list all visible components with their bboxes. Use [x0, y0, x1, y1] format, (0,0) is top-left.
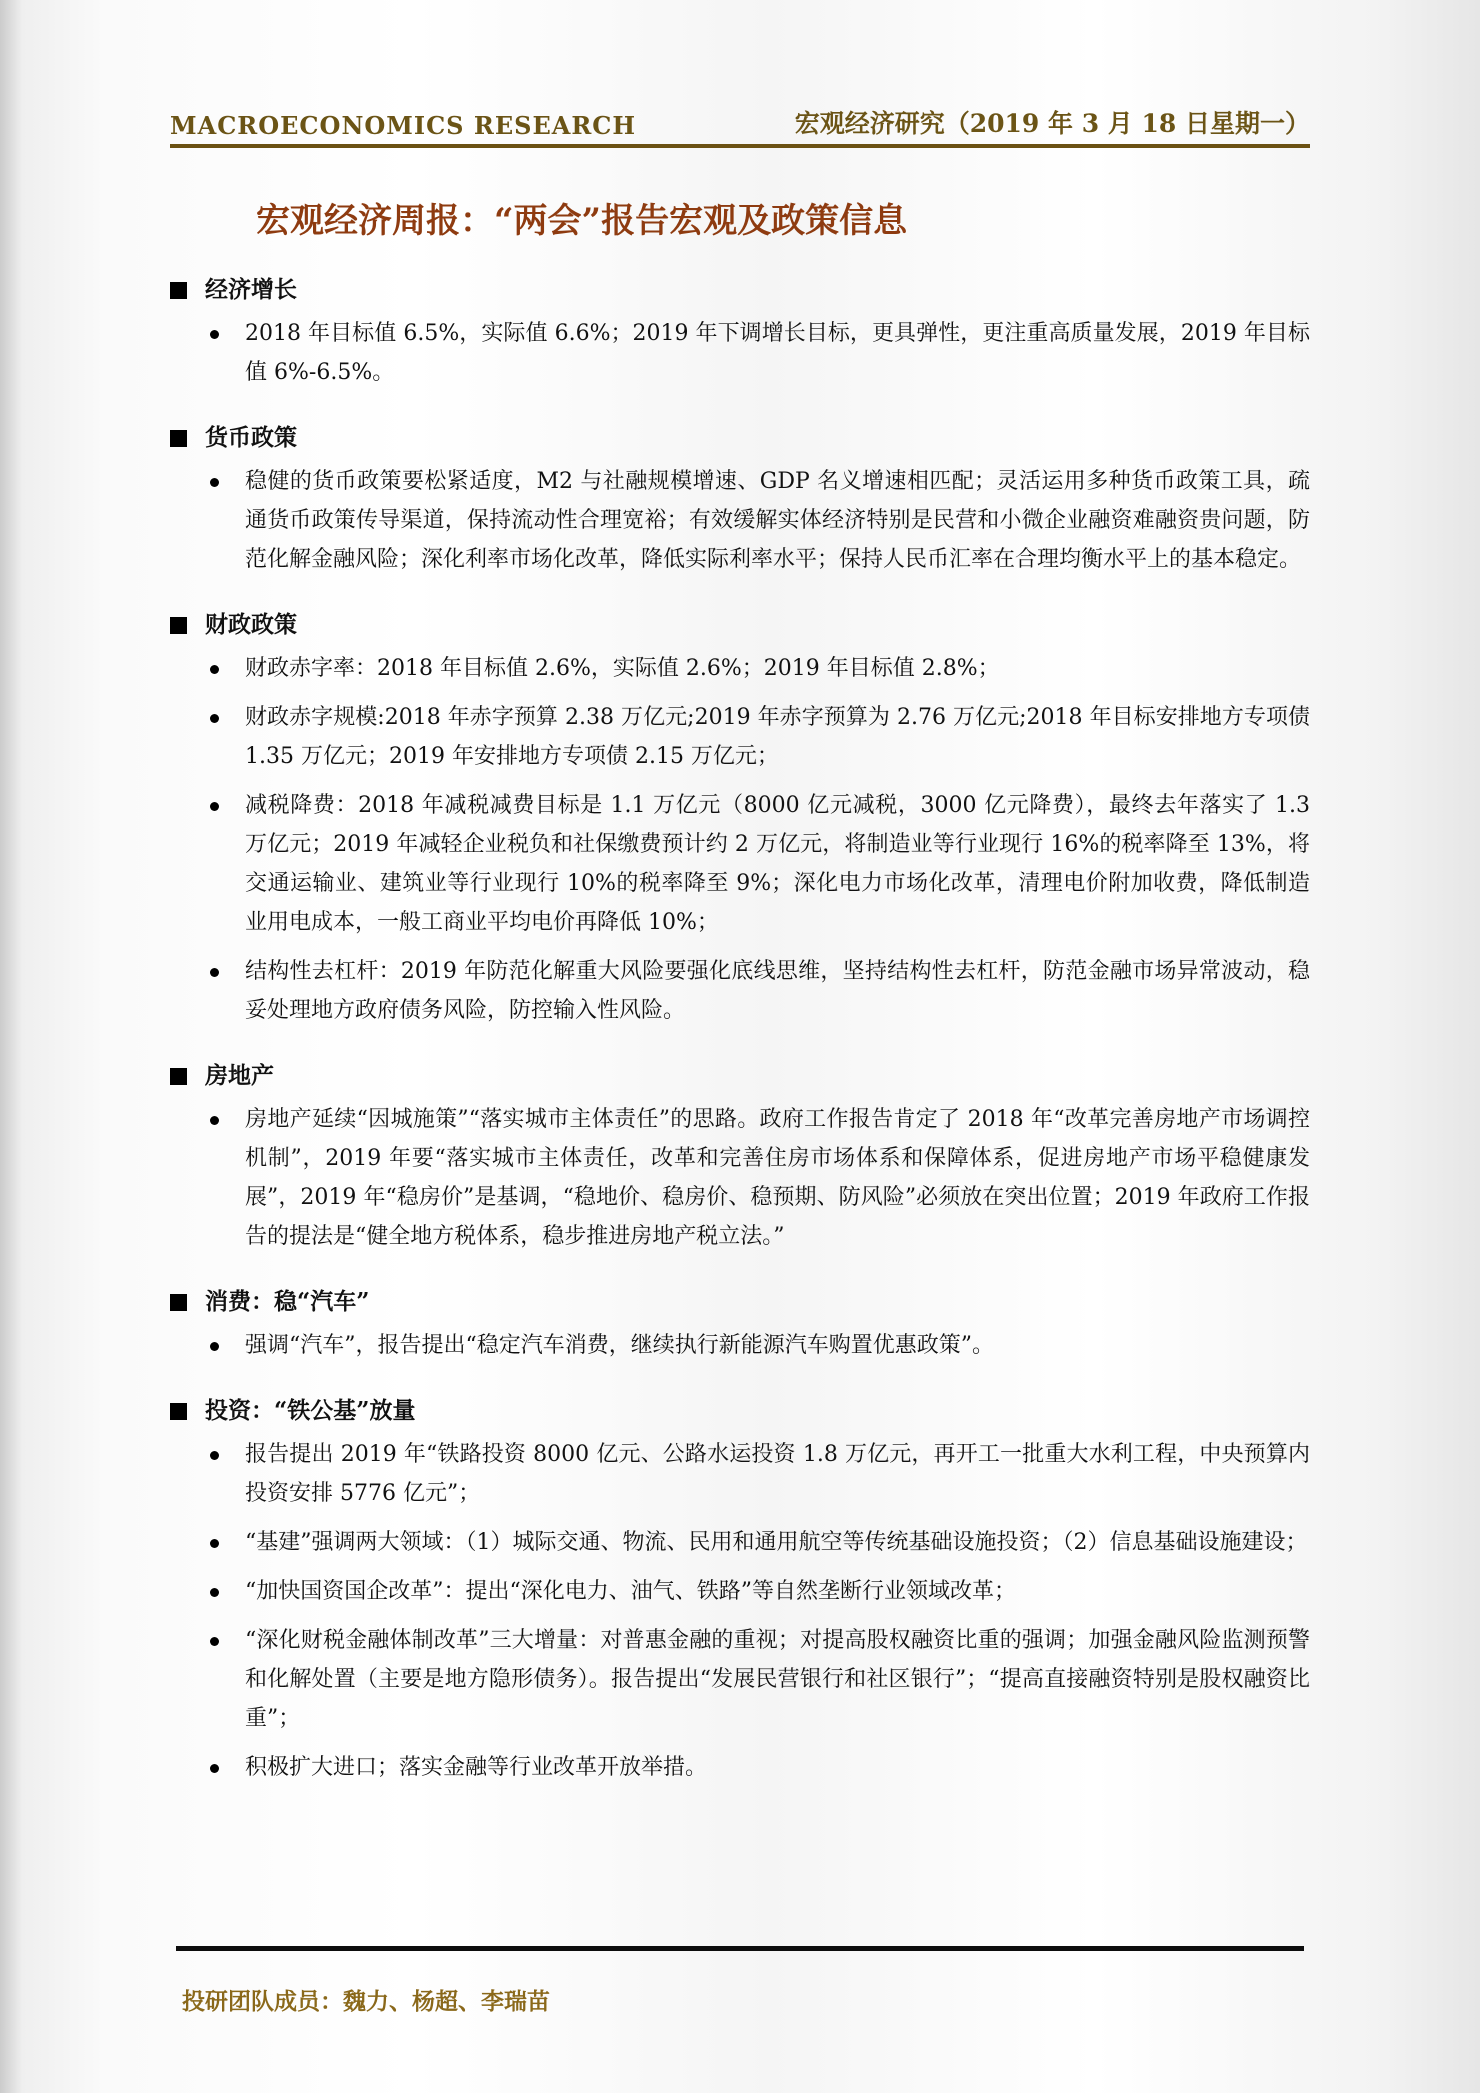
square-bullet-icon [170, 1294, 187, 1311]
bullet-text: 积极扩大进口；落实金融等行业改革开放举措。 [245, 1755, 707, 1780]
bullet-item: 强调“汽车”，报告提出“稳定汽车消费，继续执行新能源汽车购置优惠政策”。 [170, 1326, 1310, 1365]
section-heading-row: 货币政策 [170, 424, 1310, 452]
bullet-item: 积极扩大进口；落实金融等行业改革开放举措。 [170, 1748, 1310, 1787]
header-report-date: 宏观经济研究（2019 年 3 月 18 日星期一） [795, 104, 1310, 140]
dot-bullet-icon [210, 478, 219, 487]
dot-bullet-icon [210, 802, 219, 811]
bullet-text: “基建”强调两大领域：（1）城际交通、物流、民用和通用航空等传统基础设施投资；（… [245, 1530, 1308, 1555]
dot-bullet-icon [210, 714, 219, 723]
section-title: 货币政策 [205, 424, 297, 452]
sections: 经济增长2018 年目标值 6.5%，实际值 6.6%；2019 年下调增长目标… [170, 276, 1310, 1787]
square-bullet-icon [170, 1403, 187, 1420]
bullet-text: 减税降费：2018 年减税减费目标是 1.1 万亿元（8000 亿元减税，300… [245, 793, 1310, 935]
report-section: 财政政策财政赤字率：2018 年目标值 2.6%，实际值 2.6%；2019 年… [170, 611, 1310, 1030]
bullet-list: 2018 年目标值 6.5%，实际值 6.6%；2019 年下调增长目标，更具弹… [170, 314, 1310, 392]
bullet-item: 报告提出 2019 年“铁路投资 8000 亿元、公路水运投资 1.8 万亿元，… [170, 1435, 1310, 1513]
report-section: 投资：“铁公基”放量报告提出 2019 年“铁路投资 8000 亿元、公路水运投… [170, 1397, 1310, 1787]
header-rule [170, 144, 1310, 148]
square-bullet-icon [170, 617, 187, 634]
page-footer: 投研团队成员：魏力、杨超、李瑞苗 [170, 1946, 1310, 2016]
bullet-list: 财政赤字率：2018 年目标值 2.6%，实际值 2.6%；2019 年目标值 … [170, 649, 1310, 1030]
section-heading-row: 消费：稳“汽车” [170, 1288, 1310, 1316]
bullet-item: 财政赤字率：2018 年目标值 2.6%，实际值 2.6%；2019 年目标值 … [170, 649, 1310, 688]
section-heading-row: 投资：“铁公基”放量 [170, 1397, 1310, 1425]
bullet-item: 2018 年目标值 6.5%，实际值 6.6%；2019 年下调增长目标，更具弹… [170, 314, 1310, 392]
dot-bullet-icon [210, 1539, 219, 1548]
bullet-text: 财政赤字规模:2018 年赤字预算 2.38 万亿元;2019 年赤字预算为 2… [245, 705, 1310, 769]
bullet-text: 结构性去杠杆：2019 年防范化解重大风险要强化底线思维，坚持结构性去杠杆，防范… [245, 959, 1310, 1023]
dot-bullet-icon [210, 1451, 219, 1460]
section-title: 房地产 [205, 1062, 274, 1090]
section-title: 经济增长 [205, 276, 297, 304]
report-section: 经济增长2018 年目标值 6.5%，实际值 6.6%；2019 年下调增长目标… [170, 276, 1310, 392]
bullet-item: 房地产延续“因城施策”“落实城市主体责任”的思路。政府工作报告肯定了 2018 … [170, 1100, 1310, 1256]
bullet-list: 房地产延续“因城施策”“落实城市主体责任”的思路。政府工作报告肯定了 2018 … [170, 1100, 1310, 1256]
bullet-text: 报告提出 2019 年“铁路投资 8000 亿元、公路水运投资 1.8 万亿元，… [245, 1442, 1310, 1506]
section-heading-row: 经济增长 [170, 276, 1310, 304]
bullet-text: “深化财税金融体制改革”三大增量：对普惠金融的重视；对提高股权融资比重的强调；加… [245, 1628, 1310, 1731]
bullet-text: 稳健的货币政策要松紧适度，M2 与社融规模增速、GDP 名义增速相匹配；灵活运用… [245, 469, 1310, 572]
header-series-label: MACROECONOMICS RESEARCH [170, 111, 636, 140]
bullet-item: 稳健的货币政策要松紧适度，M2 与社融规模增速、GDP 名义增速相匹配；灵活运用… [170, 462, 1310, 579]
dot-bullet-icon [210, 1116, 219, 1125]
bullet-item: 财政赤字规模:2018 年赤字预算 2.38 万亿元;2019 年赤字预算为 2… [170, 698, 1310, 776]
bullet-list: 稳健的货币政策要松紧适度，M2 与社融规模增速、GDP 名义增速相匹配；灵活运用… [170, 462, 1310, 579]
dot-bullet-icon [210, 1637, 219, 1646]
section-title: 投资：“铁公基”放量 [205, 1397, 415, 1425]
dot-bullet-icon [210, 1764, 219, 1773]
bullet-item: 减税降费：2018 年减税减费目标是 1.1 万亿元（8000 亿元减税，300… [170, 786, 1310, 942]
bullet-text: “加快国资国企改革”：提出“深化电力、油气、铁路”等自然垄断行业领域改革； [245, 1579, 1016, 1604]
bullet-text: 房地产延续“因城施策”“落实城市主体责任”的思路。政府工作报告肯定了 2018 … [245, 1107, 1310, 1249]
report-title: 宏观经济周报：“两会”报告宏观及政策信息 [256, 198, 1310, 244]
dot-bullet-icon [210, 968, 219, 977]
report-section: 货币政策稳健的货币政策要松紧适度，M2 与社融规模增速、GDP 名义增速相匹配；… [170, 424, 1310, 579]
footer-rule [176, 1946, 1304, 1951]
bullet-text: 强调“汽车”，报告提出“稳定汽车消费，继续执行新能源汽车购置优惠政策”。 [245, 1333, 994, 1358]
bullet-item: 结构性去杠杆：2019 年防范化解重大风险要强化底线思维，坚持结构性去杠杆，防范… [170, 952, 1310, 1030]
square-bullet-icon [170, 430, 187, 447]
section-heading-row: 房地产 [170, 1062, 1310, 1090]
bullet-text: 2018 年目标值 6.5%，实际值 6.6%；2019 年下调增长目标，更具弹… [245, 321, 1310, 385]
footer-team: 投研团队成员：魏力、杨超、李瑞苗 [182, 1983, 1310, 2016]
bullet-list: 强调“汽车”，报告提出“稳定汽车消费，继续执行新能源汽车购置优惠政策”。 [170, 1326, 1310, 1365]
report-section: 消费：稳“汽车”强调“汽车”，报告提出“稳定汽车消费，继续执行新能源汽车购置优惠… [170, 1288, 1310, 1365]
dot-bullet-icon [210, 1588, 219, 1597]
dot-bullet-icon [210, 665, 219, 674]
report-section: 房地产房地产延续“因城施策”“落实城市主体责任”的思路。政府工作报告肯定了 20… [170, 1062, 1310, 1256]
section-title: 消费：稳“汽车” [205, 1288, 369, 1316]
bullet-item: “加快国资国企改革”：提出“深化电力、油气、铁路”等自然垄断行业领域改革； [170, 1572, 1310, 1611]
bullet-item: “基建”强调两大领域：（1）城际交通、物流、民用和通用航空等传统基础设施投资；（… [170, 1523, 1310, 1562]
section-heading-row: 财政政策 [170, 611, 1310, 639]
section-title: 财政政策 [205, 611, 297, 639]
bullet-list: 报告提出 2019 年“铁路投资 8000 亿元、公路水运投资 1.8 万亿元，… [170, 1435, 1310, 1787]
square-bullet-icon [170, 282, 187, 299]
bullet-text: 财政赤字率：2018 年目标值 2.6%，实际值 2.6%；2019 年目标值 … [245, 656, 1000, 681]
dot-bullet-icon [210, 1342, 219, 1351]
page-header: MACROECONOMICS RESEARCH 宏观经济研究（2019 年 3 … [170, 0, 1310, 140]
bullet-item: “深化财税金融体制改革”三大增量：对普惠金融的重视；对提高股权融资比重的强调；加… [170, 1621, 1310, 1738]
dot-bullet-icon [210, 330, 219, 339]
report-page: MACROECONOMICS RESEARCH 宏观经济研究（2019 年 3 … [0, 0, 1480, 1787]
square-bullet-icon [170, 1068, 187, 1085]
